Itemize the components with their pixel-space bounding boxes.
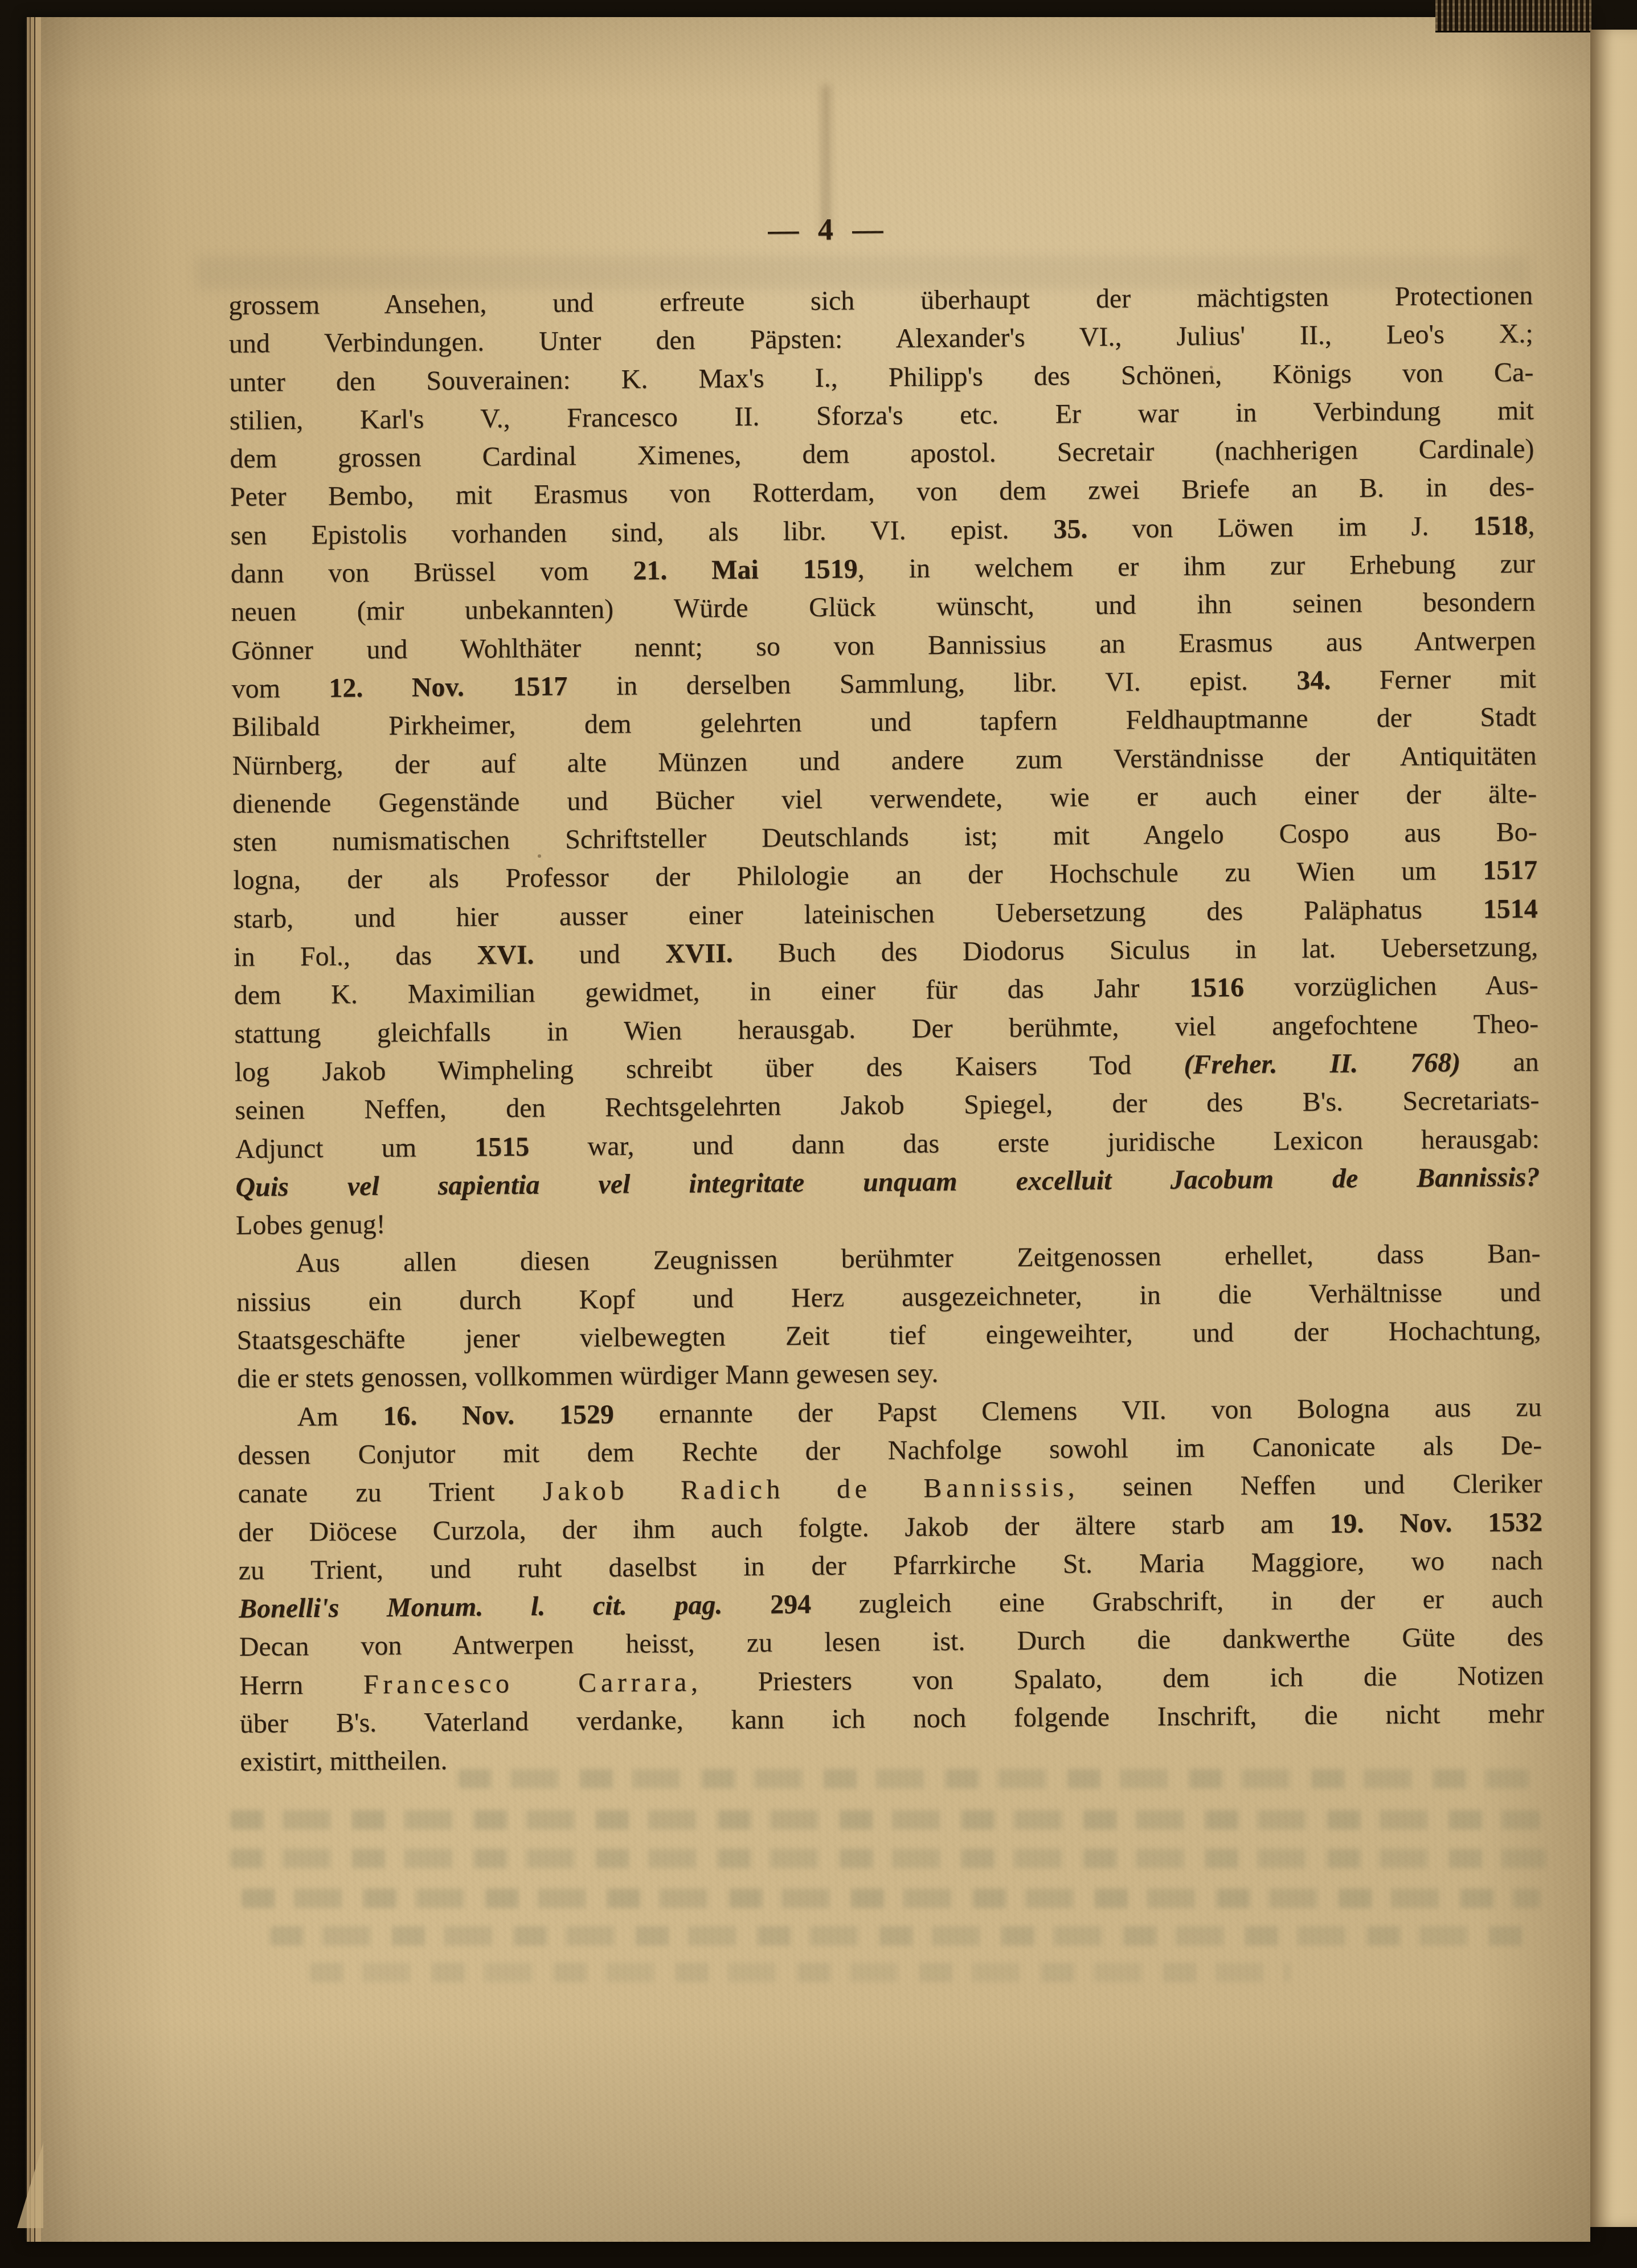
bleedthrough-ghost xyxy=(270,1926,1540,1946)
bleedthrough-ghost xyxy=(242,1889,1540,1908)
text-segment: Staatsgeschäfte jener vielbewegten Zeit … xyxy=(236,1315,1541,1356)
text-segment: , in welchem er ihm zur Erhebung zur xyxy=(858,548,1536,584)
text-segment: Francesco Carrara xyxy=(363,1667,691,1700)
text-segment: ernannte der Papst Clemens VII. von Bolo… xyxy=(614,1392,1542,1430)
text-segment: Aus allen diesen Zeugnissen berühmter Ze… xyxy=(296,1238,1540,1278)
bleedthrough-ghost xyxy=(230,1810,1540,1829)
bleedthrough-ghost xyxy=(230,1849,1546,1868)
text-segment: dem grossen Cardinal Ximenes, dem aposto… xyxy=(230,433,1534,474)
text-segment: Quis vel sapientia vel integritate unqua… xyxy=(235,1162,1540,1202)
text-segment: und xyxy=(534,939,665,970)
text-segment: , seinen Neffen und Cleriker xyxy=(1067,1468,1542,1503)
text-segment: sten numismatischen Schriftsteller Deuts… xyxy=(232,817,1537,857)
text-segment: 1514 xyxy=(1483,894,1537,924)
text-segment: 35. xyxy=(1053,514,1087,544)
text-segment: zugleich eine Grabschrift, in der er auc… xyxy=(811,1583,1543,1619)
text-segment: Jakob Radich de Bannissis xyxy=(543,1472,1068,1506)
text-segment: log Jakob Wimpheling schreibt über des K… xyxy=(235,1050,1184,1087)
page-edge-stack xyxy=(25,17,41,2242)
text-segment: 1518 xyxy=(1473,510,1528,541)
text-segment: stilien, Karl's V., Francesco II. Sforza… xyxy=(230,395,1534,436)
text-segment: 21. Mai 1519 xyxy=(633,554,858,586)
text-segment: über B's. Vaterland verdanke, kann ich n… xyxy=(240,1698,1544,1739)
text-block: grossem Ansehen, und erfreute sich überh… xyxy=(228,276,1545,1781)
text-segment: Decan von Antwerpen heisst, zu lesen ist… xyxy=(239,1622,1544,1662)
print-area: — 4 — grossem Ansehen, und erfreute sich… xyxy=(228,204,1545,1781)
page-corner-sliver xyxy=(17,2143,43,2228)
text-segment: 12. Nov. 1517 xyxy=(329,671,567,703)
text-segment: 19. Nov. 1532 xyxy=(1329,1506,1542,1538)
text-segment: stattung gleichfalls in Wien herausgab. … xyxy=(234,1009,1538,1049)
text-segment: von Löwen im J. xyxy=(1087,511,1473,544)
text-segment: 294 xyxy=(770,1589,811,1620)
text-segment: in Fol., das xyxy=(234,940,477,972)
text-segment: vom xyxy=(231,673,329,704)
scanned-page: — 4 — grossem Ansehen, und erfreute sich… xyxy=(25,17,1590,2242)
text-segment: Gönner und Wohlthäter nennt; so von Bann… xyxy=(231,625,1536,666)
text-segment: zu Trient, und ruht daselbst in der Pfar… xyxy=(238,1545,1542,1586)
text-segment: in derselben Sammlung, libr. VI. epist. xyxy=(567,665,1296,701)
binding-cloth xyxy=(1435,0,1591,32)
text-segment: , xyxy=(1528,510,1534,541)
text-segment: grossem Ansehen, und erfreute sich überh… xyxy=(228,280,1533,321)
text-segment: vorzüglichen Aus- xyxy=(1244,970,1538,1002)
text-segment: 16. Nov. 1529 xyxy=(383,1399,614,1431)
text-segment: 1516 xyxy=(1189,972,1244,1003)
text-segment: Peter Bembo, mit Erasmus von Rotterdam, … xyxy=(230,472,1534,512)
adjacent-page-edge xyxy=(1590,30,1637,2227)
text-segment: 1515 xyxy=(474,1131,529,1162)
book-scan: — 4 — grossem Ansehen, und erfreute sich… xyxy=(0,0,1637,2268)
text-segment: neuen (mir unbekannten) Würde Glück wüns… xyxy=(231,587,1535,627)
text-segment: seinen Neffen, den Rechtsgelehrten Jakob… xyxy=(235,1085,1539,1125)
text-segment: 1517 xyxy=(1483,855,1537,886)
text-segment: XVII. xyxy=(665,938,733,969)
text-segment: dann von Brüssel vom xyxy=(231,556,633,589)
text-segment: Nürnberg, der auf alte Münzen und andere… xyxy=(232,740,1536,781)
text-segment: , Priesters von Spalato, dem ich die Not… xyxy=(691,1660,1544,1697)
text-segment: 34. xyxy=(1296,665,1331,695)
text-segment: Lobes genug! xyxy=(236,1209,386,1241)
text-segment: war, und dann das erste juridische Lexic… xyxy=(529,1123,1540,1161)
text-segment: canate zu Trient xyxy=(238,1476,543,1509)
text-segment: an xyxy=(1460,1047,1539,1078)
text-segment: Bonelli's Monum. l. cit. pag. xyxy=(239,1590,770,1624)
text-segment: die er stets genossen, vollkommen würdig… xyxy=(237,1358,939,1394)
text-segment: dessen Conjutor mit dem Rechte der Nachf… xyxy=(238,1430,1542,1471)
text-segment: Herrn xyxy=(239,1669,363,1701)
text-segment: Ferner mit xyxy=(1331,664,1536,695)
text-segment: Am xyxy=(297,1401,383,1432)
text-segment: und Verbindungen. Unter den Päpsten: Ale… xyxy=(229,318,1533,359)
text-segment: starb, und hier ausser einer lateinische… xyxy=(234,894,1483,934)
bleedthrough-ghost xyxy=(310,1963,1290,1982)
text-segment: unter den Souverainen: K. Max's I., Phil… xyxy=(229,357,1533,398)
text-segment: existirt, mittheilen. xyxy=(240,1745,447,1777)
page-number: — 4 — xyxy=(570,207,1083,251)
text-segment: Buch des Diodorus Siculus in lat. Uebers… xyxy=(733,932,1538,968)
text-segment: nissius ein durch Kopf und Herz ausgezei… xyxy=(236,1277,1541,1317)
text-segment: XVI. xyxy=(477,940,534,971)
text-segment: der Diöcese Curzola, der ihm auch folgte… xyxy=(238,1508,1330,1547)
text-segment: Bilibald Pirkheimer, dem gelehrten und t… xyxy=(232,702,1536,742)
text-segment: dienende Gegenstände und Bücher viel ver… xyxy=(232,779,1537,819)
text-segment: Adjunct um xyxy=(235,1132,475,1164)
text-segment: logna, der als Professor der Philologie … xyxy=(233,855,1483,895)
text-segment: dem K. Maximilian gewidmet, in einer für… xyxy=(234,973,1190,1010)
text-segment: sen Epistolis vorhanden sind, als libr. … xyxy=(230,514,1053,550)
text-segment: (Freher. II. 768) xyxy=(1184,1047,1460,1080)
